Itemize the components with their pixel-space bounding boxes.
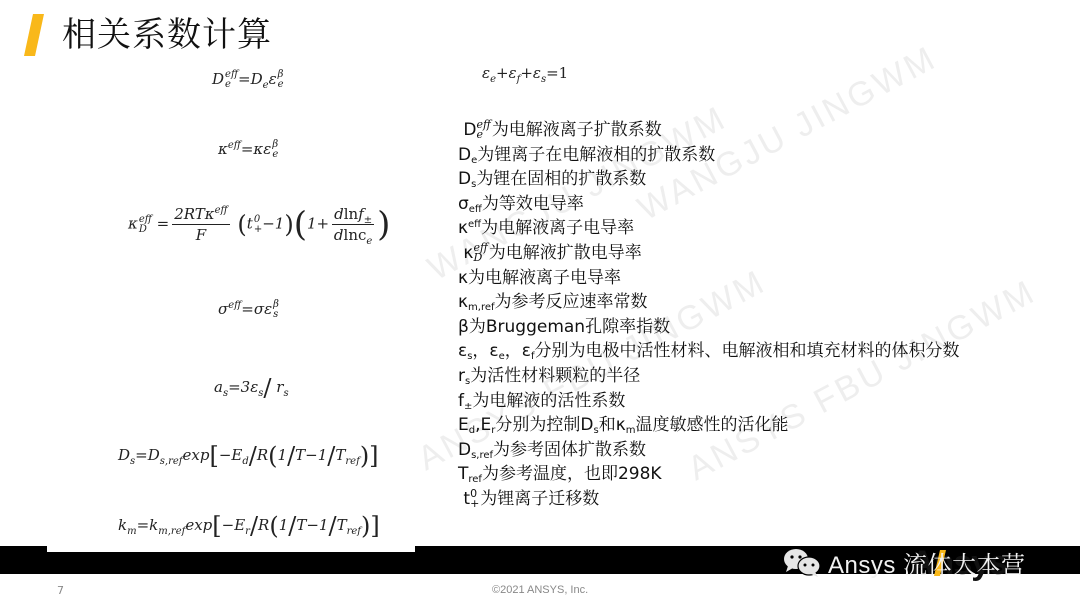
definitions-list: Deffe为电解液离子扩散系数 De为锂离子在电解液相的扩散系数 Ds为锂在固相…: [458, 118, 960, 512]
wechat-badge: Ansys 流体大本营: [782, 545, 1026, 580]
formula-porosity-sum: εe+εf+εs=1: [482, 64, 568, 82]
definition-item: κeff为电解液离子电导率: [458, 216, 960, 241]
definition-item: εs，εe，εf分别为电极中活性材料、电解液相和填充材料的体积分数: [458, 339, 960, 364]
copyright: ©2021 ANSYS, Inc.: [492, 584, 588, 596]
wechat-icon: [782, 548, 822, 578]
definition-item: f±为电解液的活性系数: [458, 389, 960, 414]
definition-item: De为锂离子在电解液相的扩散系数: [458, 143, 960, 168]
formula-kappa-d-eff: κeffD =2RTκeffF (t0+−1)(1+dlnf±dlnce): [128, 205, 390, 244]
definition-item: Ds为锂在固相的扩散系数: [458, 167, 960, 192]
formula-de-eff: Deffe=Deεβe: [212, 70, 284, 90]
page-title: 相关系数计算: [62, 12, 272, 58]
page-number: 7: [57, 584, 64, 597]
definition-item: Ds,ref为参考固体扩散系数: [458, 438, 960, 463]
definition-item: Ed,Er分别为控制Ds和κm温度敏感性的活化能: [458, 413, 960, 438]
wechat-label: Ansys 流体大本营: [828, 545, 1026, 580]
definition-item: Tref为参考温度，也即298K: [458, 462, 960, 487]
formula-kappa-eff: κeff=κεβe: [218, 140, 278, 160]
definition-item: Deffe为电解液离子扩散系数: [458, 118, 960, 143]
formula-km: km=km,refexp[−Er/R(1/T−1/Tref)]: [118, 512, 380, 540]
definition-item: κm,ref为参考反应速率常数: [458, 290, 960, 315]
definition-item: κeffD为电解液扩散电导率: [458, 241, 960, 266]
definition-item: rs为活性材料颗粒的半径: [458, 364, 960, 389]
definition-item: σeff为等效电导率: [458, 192, 960, 217]
definition-item: t0+为锂离子迁移数: [458, 487, 960, 512]
slide: 相关系数计算 WANGJU JINGWM ANSYS FBU JINGWM AN…: [0, 0, 1080, 608]
footer-notch: [47, 540, 415, 552]
definition-item: β为Bruggeman孔隙率指数: [458, 315, 960, 340]
formula-sigma-eff: σeff=σεβs: [218, 300, 279, 320]
formula-as: as=3εs/ rs: [214, 374, 289, 402]
title-accent-bar: [24, 14, 44, 56]
formula-ds: Ds=Ds,refexp[−Ed/R(1/T−1/Tref)]: [118, 442, 379, 470]
definition-item: κ为电解液离子电导率: [458, 266, 960, 291]
